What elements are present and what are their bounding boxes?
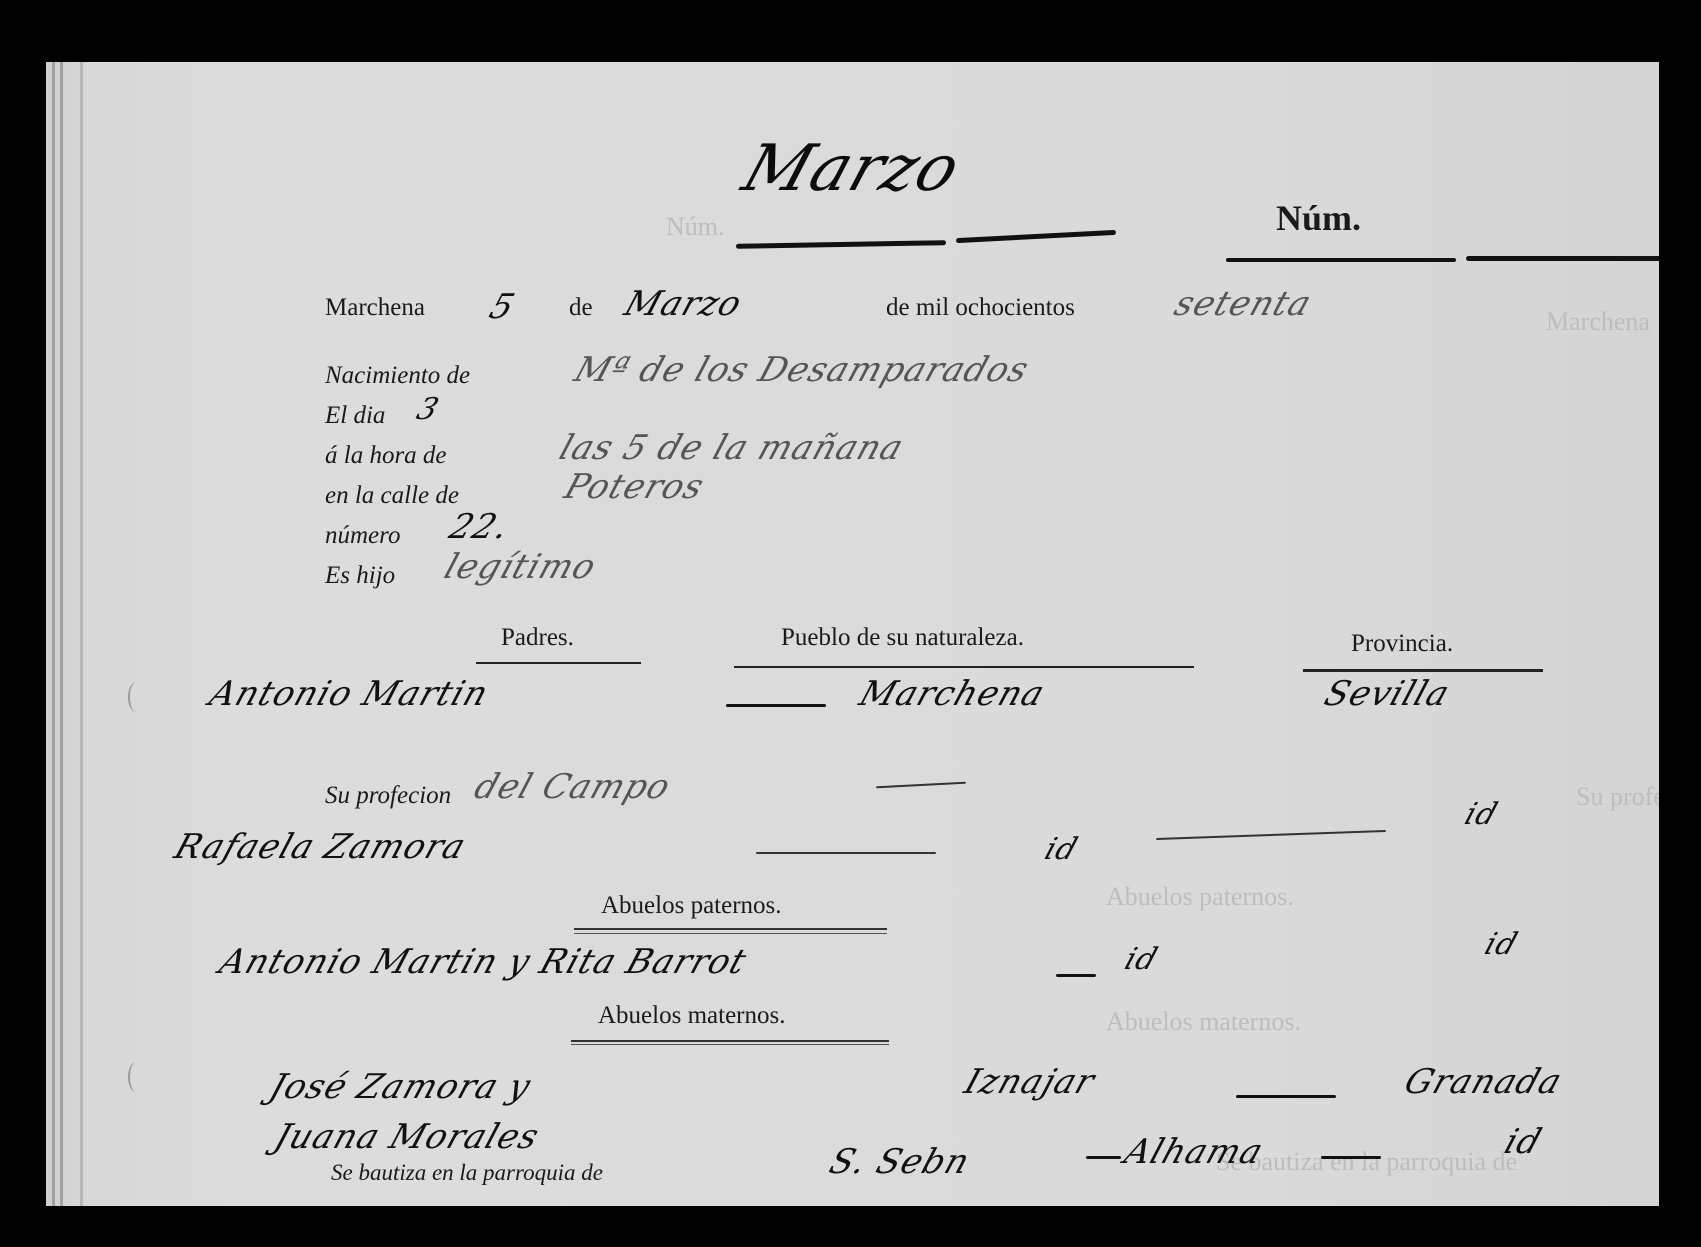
field-label-hour: á la hora de (325, 442, 447, 470)
month-heading: Marzo (734, 132, 970, 206)
baptism-parish: S. Sebn (825, 1142, 976, 1182)
field-value-street: Poteros (560, 467, 710, 507)
column-birthplace: Pueblo de su naturaleza. (781, 624, 1024, 652)
bleed-through-abuelos-maternos: Abuelos maternos. (1106, 1007, 1301, 1037)
father-province: Sevilla (1320, 674, 1456, 714)
profession-value: del Campo (470, 767, 676, 807)
father-name: Antonio Martin (205, 674, 494, 714)
heading-underline (956, 230, 1116, 243)
dash (756, 852, 936, 854)
maternal-grandmother-province: id (1500, 1122, 1548, 1162)
dash (1086, 1156, 1121, 1159)
day-value: 5 (485, 287, 521, 327)
baptism-label: Se bautiza en la parroquia de (331, 1160, 603, 1186)
bleed-through-profession: Su profe (1576, 782, 1659, 812)
register-page: Núm. Marchena Su profe Abuelos paternos.… (46, 62, 1659, 1206)
maternal-grandparents-heading: Abuelos maternos. (598, 1002, 785, 1030)
heading-double-rule (574, 928, 887, 934)
bleed-through-num: Núm. (666, 212, 725, 242)
column-rule (476, 662, 641, 664)
paternal-grandparents-town: id (1120, 942, 1162, 977)
field-label-street: en la calle de (325, 482, 459, 510)
year-label: de mil ochocientos (886, 294, 1075, 322)
number-rule (1466, 256, 1659, 261)
field-label-day: El dia (325, 402, 385, 430)
paternal-grandparents-heading: Abuelos paternos. (601, 892, 782, 920)
de-label: de (569, 294, 593, 322)
maternal-grandmother-town: Alhama (1120, 1132, 1269, 1172)
dash (876, 782, 966, 789)
column-province: Provincia. (1351, 630, 1453, 658)
mother-town: id (1040, 832, 1082, 867)
bleed-through-place: Marchena (1546, 307, 1650, 337)
place-label: Marchena (325, 294, 425, 322)
paternal-grandparents-province: id (1480, 927, 1522, 962)
number-label: Núm. (1276, 197, 1361, 239)
maternal-grandmother: Juana Morales (270, 1117, 545, 1157)
mother-name: Rafaela Zamora (170, 827, 472, 867)
binding-line (60, 62, 63, 1206)
dash (1056, 974, 1096, 977)
field-value-number: 22. (445, 507, 515, 547)
field-value-legitimacy: legítimo (440, 547, 602, 587)
margin-mark (128, 682, 144, 712)
paternal-grandparents-names: Antonio Martin y Rita Barrot (215, 942, 752, 982)
maternal-grandfather-town: Iznajar (960, 1062, 1101, 1102)
field-value-birth: Mª de los Desamparados (570, 350, 1035, 390)
heading-underline (736, 240, 946, 249)
dash (1321, 1156, 1381, 1159)
margin-mark (128, 1062, 144, 1092)
field-value-day: 3 (412, 392, 443, 427)
maternal-grandfather: José Zamora y (265, 1067, 537, 1107)
column-rule (734, 666, 1194, 668)
binding-line (52, 62, 55, 1206)
field-label-number: número (325, 522, 400, 550)
field-label-legitimacy: Es hijo (325, 562, 395, 590)
profession-label: Su profecion (325, 782, 451, 810)
heading-double-rule (571, 1040, 889, 1045)
dash (726, 704, 826, 707)
father-town: Marchena (855, 674, 1051, 714)
binding-line (80, 62, 83, 1206)
maternal-grandfather-province: Granada (1400, 1062, 1568, 1102)
mother-province: id (1460, 797, 1502, 832)
dash (1236, 1095, 1336, 1098)
number-rule (1226, 258, 1456, 262)
month-value: Marzo (620, 284, 748, 324)
dash (1156, 830, 1386, 840)
field-value-hour: las 5 de la mañana (555, 428, 909, 468)
bleed-through-abuelos-paternos: Abuelos paternos. (1106, 882, 1294, 912)
column-parents: Padres. (501, 624, 574, 652)
column-rule (1303, 669, 1543, 672)
field-label-birth: Nacimiento de (325, 362, 470, 390)
year-value: setenta (1170, 284, 1317, 324)
